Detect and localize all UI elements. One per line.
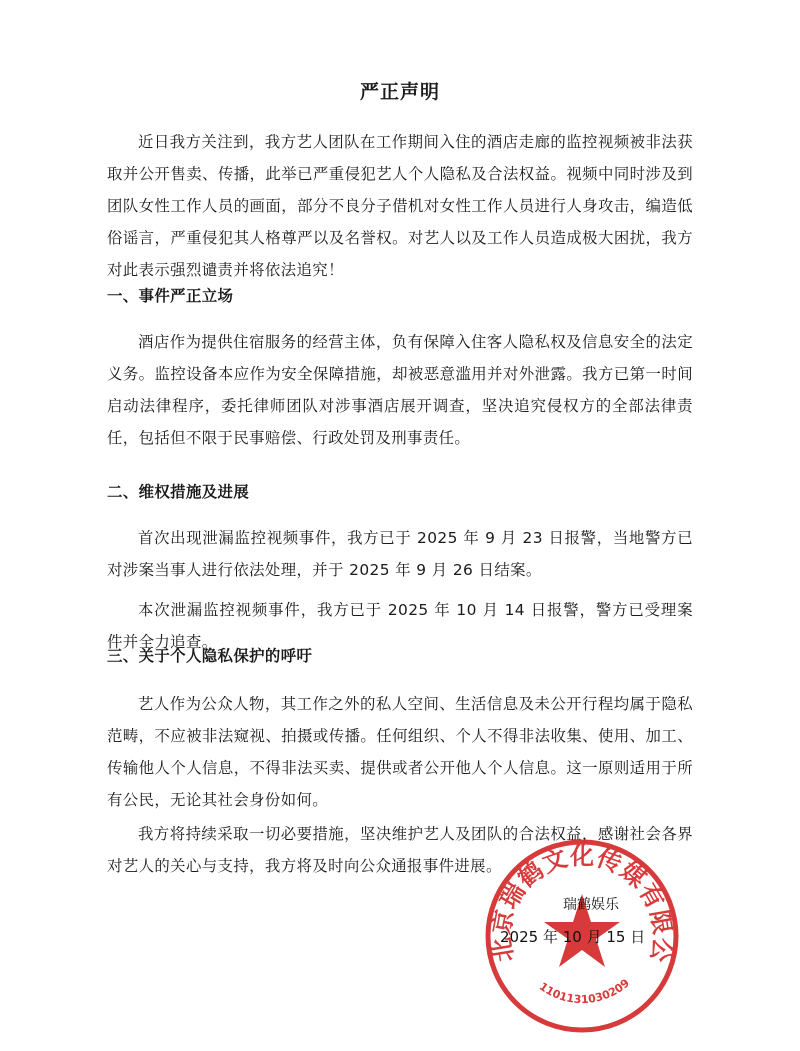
section-2-paragraph-1: 首次出现泄漏监控视频事件，我方已于 2025 年 9 月 23 日报警，当地警方… bbox=[107, 522, 693, 586]
section-1-heading: 一、事件严正立场 bbox=[107, 280, 693, 312]
signature-date: 2025 年 10 月 15 日 bbox=[500, 926, 645, 947]
intro-paragraph: 近日我方关注到，我方艺人团队在工作期间入住的酒店走廊的监控视频被非法获取并公开售… bbox=[107, 126, 693, 286]
section-3-heading: 三、关于个人隐私保护的呼吁 bbox=[107, 640, 693, 672]
document-title: 严正声明 bbox=[107, 77, 693, 104]
svg-text:1101131030209: 1101131030209 bbox=[537, 976, 632, 1006]
signature-company: 瑞鹤娱乐 bbox=[563, 894, 619, 914]
section-2-heading: 二、维权措施及进展 bbox=[107, 476, 693, 508]
section-3-paragraph-1: 艺人作为公众人物，其工作之外的私人空间、生活信息及未公开行程均属于隐私范畴，不应… bbox=[107, 688, 693, 816]
section-1-paragraph-1: 酒店作为提供住宿服务的经营主体，负有保障入住客人隐私权及信息安全的法定义务。监控… bbox=[107, 326, 693, 454]
